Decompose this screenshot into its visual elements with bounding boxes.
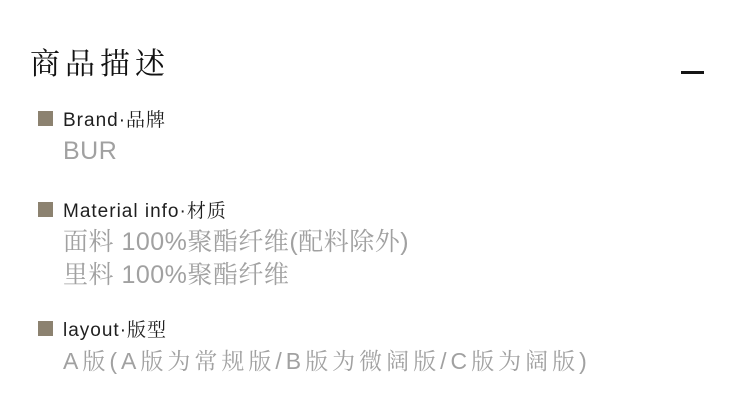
spec-heading-brand: Brand·品牌 bbox=[38, 107, 750, 129]
spec-heading-material: Material info·材质 bbox=[38, 198, 750, 220]
spec-values-material: 面料 100%聚酯纤维(配料除外) 里料 100%聚酯纤维 bbox=[63, 226, 750, 292]
minus-bar bbox=[681, 71, 704, 74]
spec-section-material: Material info·材质 面料 100%聚酯纤维(配料除外) 里料 10… bbox=[38, 198, 750, 292]
spec-value-material-lining: 里料 100%聚酯纤维 bbox=[63, 259, 750, 292]
spec-label-brand: Brand·品牌 bbox=[63, 105, 166, 132]
spec-section-layout: layout·版型 A版(A版为常规版/B版为微阔版/C版为阔版) bbox=[38, 317, 750, 378]
square-bullet-icon bbox=[38, 321, 53, 336]
panel-header: 商品描述 bbox=[0, 0, 750, 81]
square-bullet-icon bbox=[38, 111, 53, 126]
spec-values-layout: A版(A版为常规版/B版为微阔版/C版为阔版) bbox=[63, 345, 750, 378]
spec-value-brand: BUR bbox=[63, 135, 750, 168]
spec-values-brand: BUR bbox=[63, 135, 750, 168]
spec-label-material: Material info·材质 bbox=[63, 196, 227, 223]
spec-label-layout: layout·版型 bbox=[63, 315, 167, 342]
spec-value-material-shell: 面料 100%聚酯纤维(配料除外) bbox=[63, 226, 750, 259]
page-title: 商品描述 bbox=[30, 48, 704, 81]
product-description-panel: 商品描述 Brand·品牌 BUR Material info·材质 面料 10… bbox=[0, 0, 750, 401]
collapse-minus-icon[interactable] bbox=[680, 62, 704, 82]
spec-heading-layout: layout·版型 bbox=[38, 317, 750, 339]
square-bullet-icon bbox=[38, 202, 53, 217]
spec-value-layout: A版(A版为常规版/B版为微阔版/C版为阔版) bbox=[63, 345, 750, 378]
spec-section-brand: Brand·品牌 BUR bbox=[38, 107, 750, 168]
spec-sections: Brand·品牌 BUR Material info·材质 面料 100%聚酯纤… bbox=[38, 107, 750, 378]
